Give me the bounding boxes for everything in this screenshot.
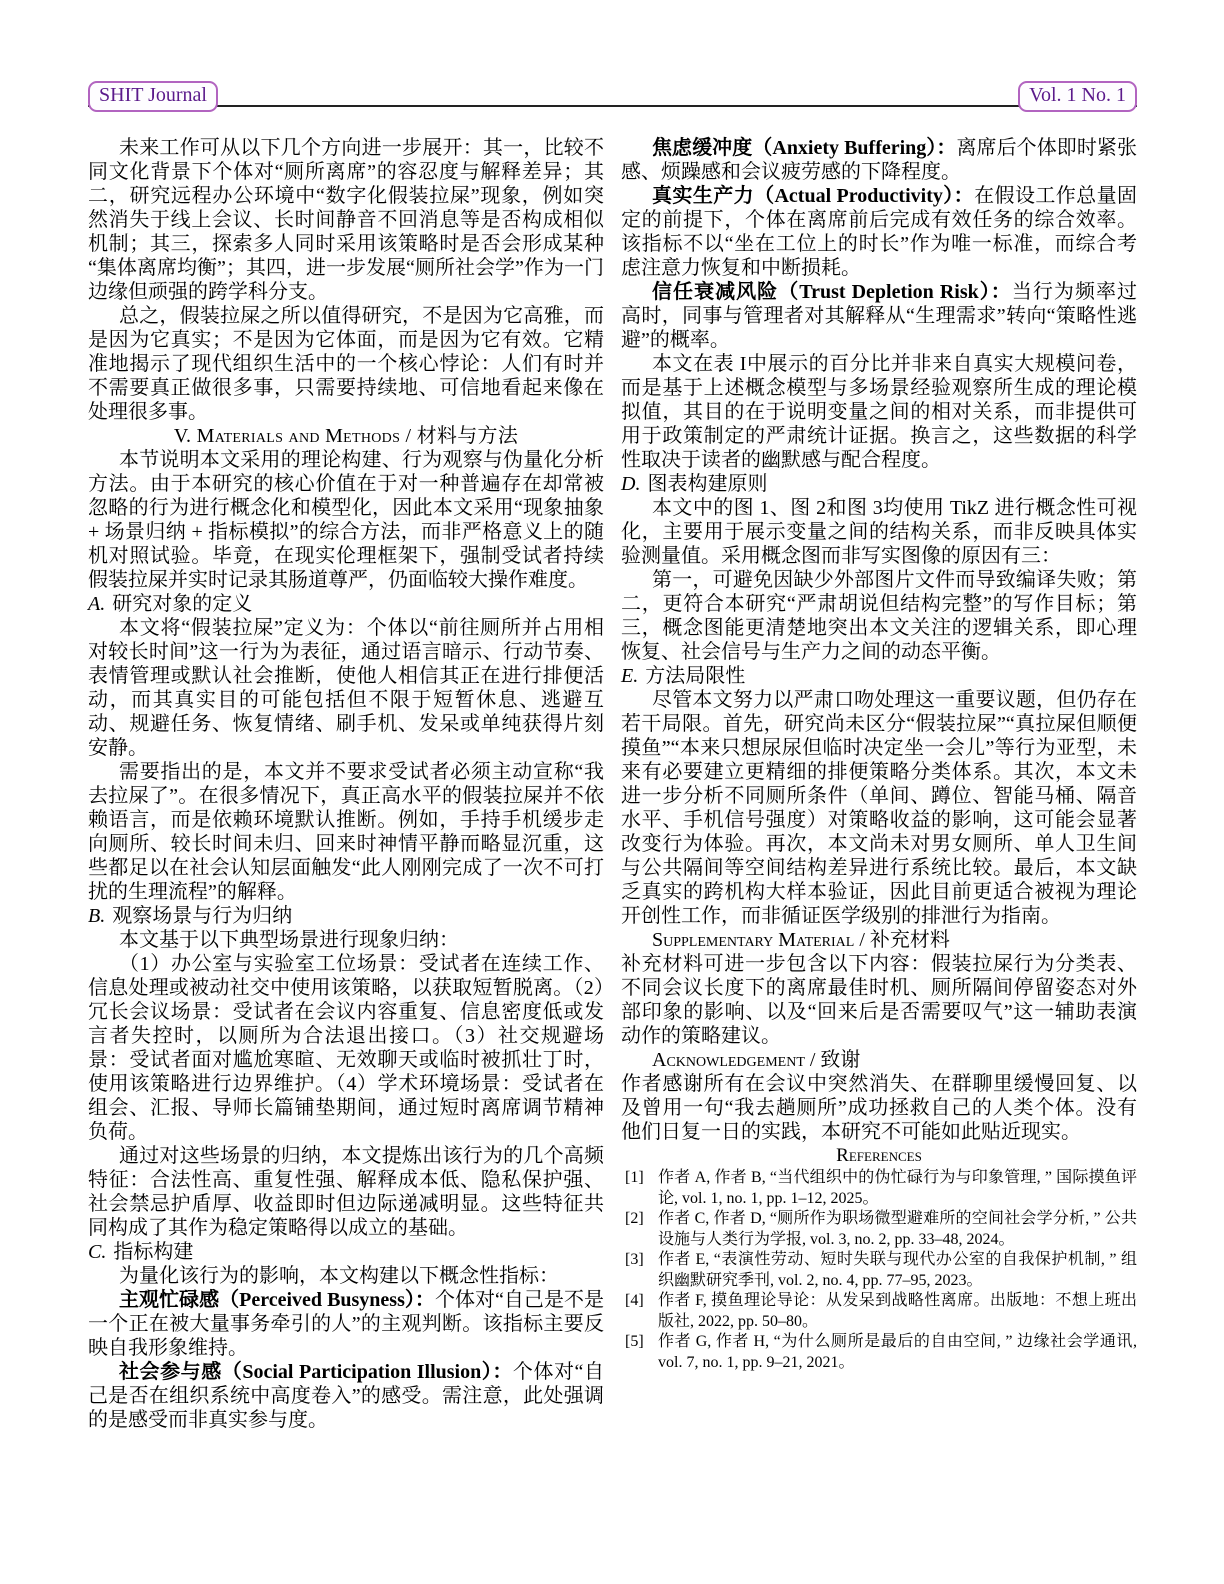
metric-term: 焦虑缓冲度（Anxiety Buffering）： [652, 137, 957, 159]
right-column: 焦虑缓冲度（Anxiety Buffering）：离席后个体即时紧张感、烦躁感和… [621, 136, 1137, 1432]
header-rule [88, 105, 1137, 107]
subsection-title-a: A.研究对象的定义 [88, 592, 604, 616]
metric-trust-depletion: 信任衰减风险（Trust Depletion Risk）：当行为频率过高时，同事… [621, 280, 1137, 352]
subsection-title-d: D.图表构建原则 [621, 472, 1137, 496]
subsection-label-e: E. [621, 665, 638, 687]
reference-number: [2] [625, 1209, 644, 1230]
reference-item: [1]作者 A, 作者 B, “当代组织中的伪忙碌行为与印象管理, ” 国际摸鱼… [621, 1168, 1137, 1209]
reference-number: [3] [625, 1250, 644, 1271]
subsection-name-d: 图表构建原则 [647, 473, 767, 495]
acknowledgement-paragraph: 作者感谢所有在会议中突然消失、在群聊里缓慢回复、以及曾用一句“我去趟厕所”成功拯… [621, 1072, 1137, 1144]
figures-reasons-paragraph: 第一，可避免因缺少外部图片文件而导致编译失败；第二，更符合本研究“严肃胡说但结构… [621, 568, 1137, 664]
reference-text: 作者 C, 作者 D, “厕所作为职场微型避难所的空间社会学分析, ” 公共设施… [658, 1210, 1137, 1248]
reference-item: [4]作者 F, 摸鱼理论导论：从发呆到战略性离席。出版地：不想上班出版社, 2… [621, 1291, 1137, 1332]
subsection-label-c: C. [88, 1241, 106, 1263]
subsection-title-e: E.方法局限性 [621, 664, 1137, 688]
figures-intro-paragraph: 本文中的图 1、图 2和图 3均使用 TikZ 进行概念性可视化，主要用于展示变… [621, 496, 1137, 568]
references-list: [1]作者 A, 作者 B, “当代组织中的伪忙碌行为与印象管理, ” 国际摸鱼… [621, 1168, 1137, 1373]
table-note-paragraph: 本文在表 I中展示的百分比并非来自真实大规模问卷，而是基于上述概念模型与多场景经… [621, 352, 1137, 472]
reference-number: [1] [625, 1168, 644, 1189]
subsection-label-d: D. [621, 473, 640, 495]
metric-term: 真实生产力（Actual Productivity）： [652, 185, 974, 207]
subsection-title-c: C.指标构建 [88, 1240, 604, 1264]
scenes-intro-paragraph: 本文基于以下典型场景进行现象归纳： [88, 928, 604, 952]
reference-text: 作者 E, “表演性劳动、短时失联与现代办公室的自我保护机制, ” 组织幽默研究… [658, 1251, 1137, 1289]
subsection-label-b: B. [88, 905, 105, 927]
supplementary-material-paragraph: 补充材料可进一步包含以下内容：假装拉屎行为分类表、不同会议长度下的离席最佳时机、… [621, 952, 1137, 1048]
reference-item: [3]作者 E, “表演性劳动、短时失联与现代办公室的自我保护机制, ” 组织幽… [621, 1250, 1137, 1291]
paper-page: SHIT Journal Vol. 1 No. 1 未来工作可从以下几个方向进一… [0, 0, 1224, 1584]
subsection-title-b: B.观察场景与行为归纳 [88, 904, 604, 928]
acknowledgement-heading: Acknowledgement / 致谢 [621, 1048, 1137, 1072]
metric-term: 主观忙碌感（Perceived Busyness）： [119, 1289, 435, 1311]
conclusion-paragraph: 总之，假装拉屎之所以值得研究，不是因为它高雅，而是因为它真实；不是因为它体面，而… [88, 304, 604, 424]
reference-text: 作者 F, 摸鱼理论导论：从发呆到战略性离席。出版地：不想上班出版社, 2022… [658, 1292, 1137, 1330]
scenes-list-paragraph: （1）办公室与实验室工位场景：受试者在连续工作、信息处理或被动社交中使用该策略，… [88, 952, 604, 1144]
supplementary-material-heading: Supplementary Material / 补充材料 [621, 928, 1137, 952]
metric-social-participation: 社会参与感（Social Participation Illusion）：个体对… [88, 1360, 604, 1432]
metric-actual-productivity: 真实生产力（Actual Productivity）：在假设工作总量固定的前提下… [621, 184, 1137, 280]
left-column: 未来工作可从以下几个方向进一步展开：其一，比较不同文化背景下个体对“厕所离席”的… [88, 136, 604, 1432]
reference-item: [2]作者 C, 作者 D, “厕所作为职场微型避难所的空间社会学分析, ” 公… [621, 1209, 1137, 1250]
metrics-intro-paragraph: 为量化该行为的影响，本文构建以下概念性指标： [88, 1264, 604, 1288]
definition-paragraph-2: 需要指出的是，本文并不要求受试者必须主动宣称“我去拉屎了”。在很多情况下，真正高… [88, 760, 604, 904]
subsection-name-a: 研究对象的定义 [112, 593, 252, 615]
scenes-summary-paragraph: 通过对这些场景的归纳，本文提炼出该行为的几个高频特征：合法性高、重复性强、解释成… [88, 1144, 604, 1240]
limitations-paragraph: 尽管本文努力以严肃口吻处理这一重要议题，但仍存在若干局限。首先，研究尚未区分“假… [621, 688, 1137, 928]
subsection-name-b: 观察场景与行为归纳 [112, 905, 292, 927]
journal-badge: SHIT Journal [88, 81, 218, 112]
reference-number: [5] [625, 1332, 644, 1353]
two-column-body: 未来工作可从以下几个方向进一步展开：其一，比较不同文化背景下个体对“厕所离席”的… [88, 136, 1137, 1432]
subsection-name-e: 方法局限性 [645, 665, 745, 687]
reference-item: [5]作者 G, 作者 H, “为什么厕所是最后的自由空间, ” 边缘社会学通讯… [621, 1332, 1137, 1373]
reference-text: 作者 G, 作者 H, “为什么厕所是最后的自由空间, ” 边缘社会学通讯, v… [658, 1333, 1137, 1371]
methods-intro-paragraph: 本节说明本文采用的理论构建、行为观察与伪量化分析方法。由于本研究的核心价值在于对… [88, 448, 604, 592]
definition-paragraph-1: 本文将“假装拉屎”定义为：个体以“前往厕所并占用相对较长时间”这一行为为表征，通… [88, 616, 604, 760]
section-title-materials-methods: V. Materials and Methods / 材料与方法 [88, 424, 604, 448]
subsection-label-a: A. [88, 593, 105, 615]
metric-perceived-busyness: 主观忙碌感（Perceived Busyness）：个体对“自己是不是一个正在被… [88, 1288, 604, 1360]
reference-number: [4] [625, 1291, 644, 1312]
future-work-paragraph: 未来工作可从以下几个方向进一步展开：其一，比较不同文化背景下个体对“厕所离席”的… [88, 136, 604, 304]
metric-term: 信任衰减风险（Trust Depletion Risk）： [652, 281, 1012, 303]
subsection-name-c: 指标构建 [113, 1241, 193, 1263]
references-heading: References [621, 1144, 1137, 1168]
metric-term: 社会参与感（Social Participation Illusion）： [119, 1361, 513, 1383]
metric-anxiety-buffering: 焦虑缓冲度（Anxiety Buffering）：离席后个体即时紧张感、烦躁感和… [621, 136, 1137, 184]
volume-badge: Vol. 1 No. 1 [1018, 81, 1137, 112]
reference-text: 作者 A, 作者 B, “当代组织中的伪忙碌行为与印象管理, ” 国际摸鱼评论,… [658, 1169, 1137, 1207]
